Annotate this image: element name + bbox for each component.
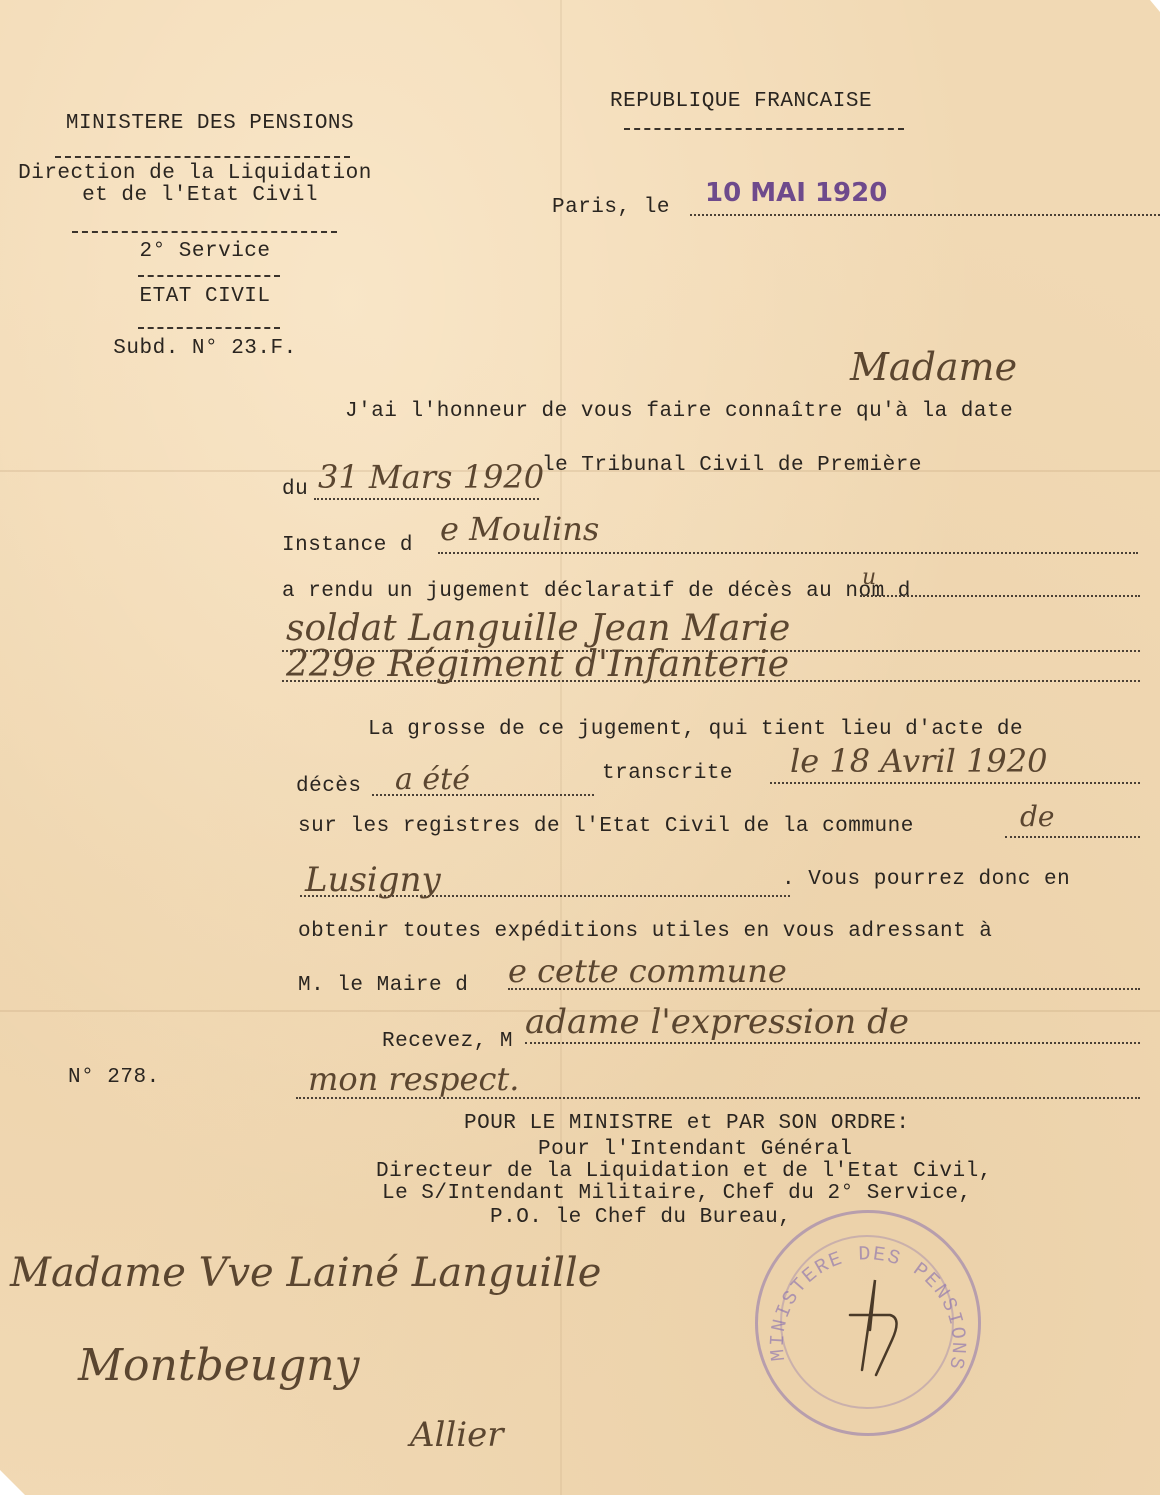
date-line: [690, 214, 1160, 216]
divider: [72, 231, 337, 233]
body-line: Instance d: [282, 534, 413, 557]
closing-hand: mon respect.: [308, 1060, 519, 1098]
ministry-name: MINISTERE DES PENSIONS: [20, 112, 400, 135]
deceased-name: soldat Languille Jean Marie: [286, 608, 790, 649]
body-line: obtenir toutes expéditions utiles en vou…: [298, 920, 992, 943]
addressee-department: Allier: [410, 1415, 504, 1455]
judgment-date: 31 Mars 1920: [318, 458, 544, 496]
divider: [138, 327, 280, 329]
court-place: e Moulins: [440, 510, 599, 548]
divider: [138, 275, 280, 277]
regiment: 229e Régiment d'Infanterie: [286, 644, 789, 685]
fill-line: [1005, 836, 1140, 838]
place-prefix: Paris, le: [552, 196, 670, 219]
signature-line: Directeur de la Liquidation et de l'Etat…: [376, 1160, 992, 1183]
fill-line: [438, 552, 1138, 554]
body-line: décès: [296, 775, 362, 798]
signature-line: Pour l'Intendant Général: [538, 1138, 852, 1161]
body-line: J'ai l'honneur de vous faire connaître q…: [345, 400, 1013, 423]
fill-line: [860, 595, 1140, 597]
body-hand: de: [1020, 800, 1055, 833]
fill-line: [314, 498, 539, 500]
closing-hand: adame l'expression de: [525, 1002, 909, 1042]
body-hand: a été: [395, 762, 470, 797]
signature-line: Le S/Intendant Militaire, Chef du 2° Ser…: [382, 1182, 972, 1205]
department-label: ETAT CIVIL: [90, 285, 320, 308]
divider: [624, 128, 904, 130]
signature-line: POUR LE MINISTRE et PAR SON ORDRE:: [464, 1112, 909, 1135]
body-line: du: [282, 478, 308, 501]
signature-line: P.O. le Chef du Bureau,: [490, 1206, 791, 1229]
fill-line: [770, 782, 1140, 784]
signature-icon: [840, 1270, 920, 1380]
body-line: . Vous pourrez donc en: [782, 868, 1070, 891]
commune-name: Lusigny: [305, 860, 441, 900]
body-hand: e cette commune: [508, 952, 787, 990]
divider: [55, 156, 350, 158]
body-line: M. le Maire d: [298, 974, 468, 997]
salutation: Madame: [850, 345, 1017, 389]
subdivision-label: Subd. N° 23.F.: [90, 337, 320, 360]
fill-line: [525, 1042, 1140, 1044]
service-label: 2° Service: [90, 240, 320, 263]
republic-label: REPUBLIQUE FRANCAISE: [610, 90, 872, 113]
document-paper: MINISTERE DES PENSIONS Direction de la L…: [0, 0, 1160, 1495]
addressee-name: Madame Vve Lainé Languille: [10, 1250, 601, 1296]
addressee-town: Montbeugny: [78, 1340, 359, 1391]
body-line: le Tribunal Civil de Première: [542, 454, 922, 477]
body-line: sur les registres de l'Etat Civil de la …: [298, 815, 914, 838]
transcription-date: le 18 Avril 1920: [790, 742, 1048, 780]
reference-number: N° 278.: [68, 1066, 160, 1089]
date-stamp: 10 MAI 1920: [705, 178, 887, 208]
body-line: La grosse de ce jugement, qui tient lieu…: [368, 718, 1023, 741]
direction-line1: Direction de la Liquidation: [0, 162, 400, 185]
closing-prefix: Recevez, M: [382, 1030, 513, 1053]
body-line: transcrite: [602, 762, 733, 785]
direction-line2: et de l'Etat Civil: [0, 184, 400, 207]
body-hand: u: [862, 565, 876, 590]
body-line: a rendu un jugement déclaratif de décès …: [282, 580, 911, 603]
